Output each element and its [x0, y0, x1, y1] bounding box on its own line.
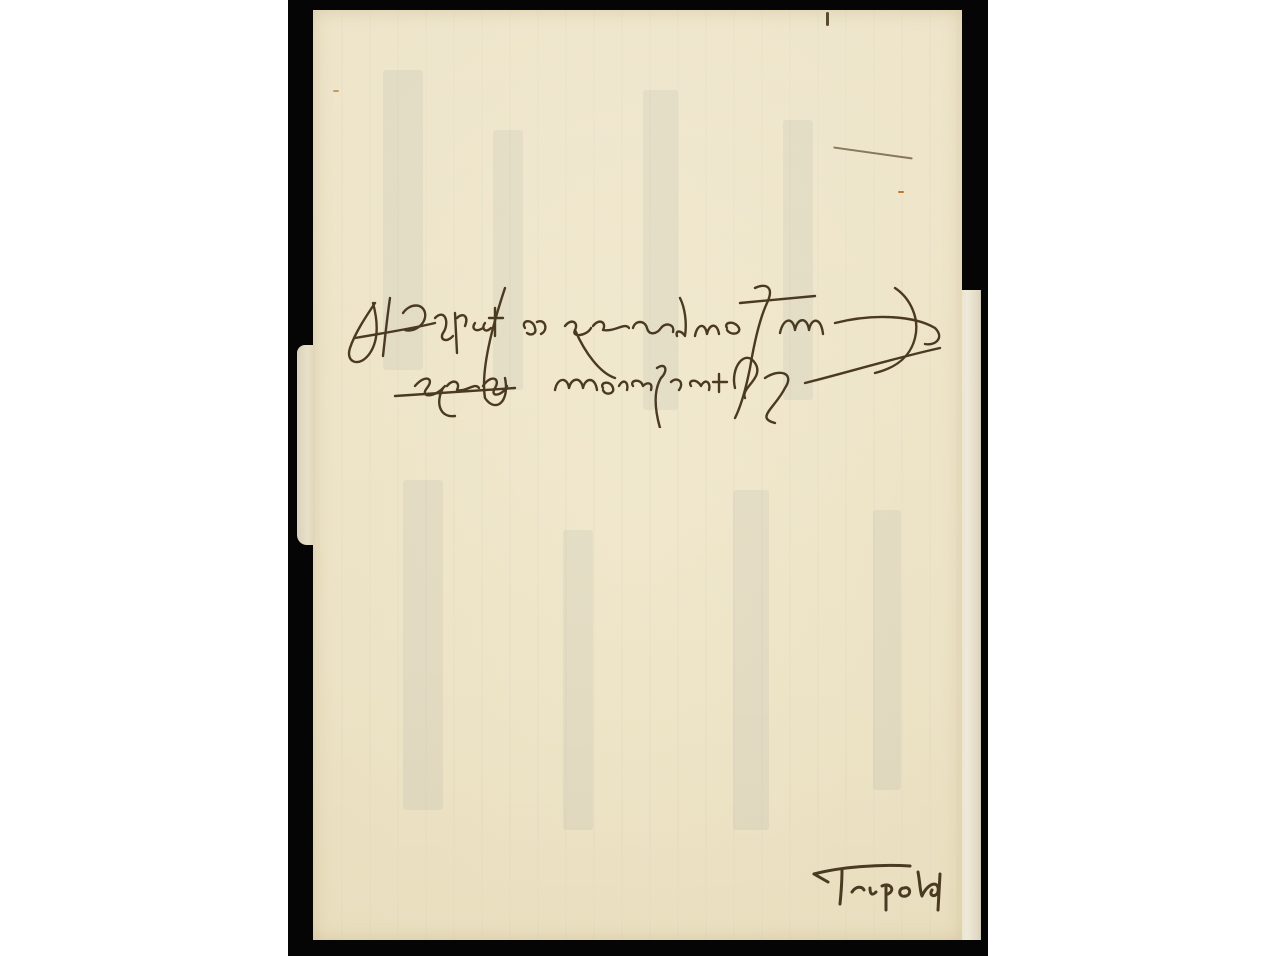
ink-stroke [833, 146, 912, 159]
bleed-through-mark [563, 530, 593, 830]
ink-spot [898, 191, 904, 193]
bleed-through-mark [873, 510, 901, 790]
letter-sheet [313, 10, 962, 940]
handwritten-tripoli [800, 852, 960, 912]
handwritten-address [335, 278, 965, 428]
place-of-origin: Tripoli [800, 852, 960, 912]
ink-spot [333, 90, 339, 92]
address-block: Al Spectabile ac generoso d. nostro m. G… [335, 278, 965, 428]
ink-mark [826, 12, 829, 26]
bleed-through-mark [733, 490, 769, 830]
bleed-through-mark [403, 480, 443, 810]
